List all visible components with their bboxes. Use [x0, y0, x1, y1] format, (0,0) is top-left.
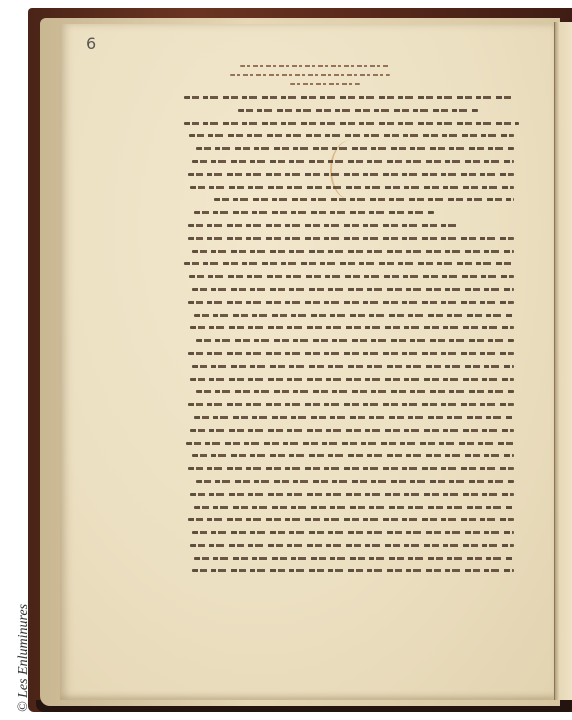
text-line: [190, 326, 514, 329]
text-line: [192, 531, 514, 534]
copyright-watermark: © Les Enluminures: [2, 600, 22, 720]
text-line: [192, 250, 514, 253]
text-line: [196, 339, 514, 342]
text-line: [194, 211, 434, 214]
text-line: [194, 506, 514, 509]
header-annotation: [230, 58, 390, 92]
folio-number: 6: [86, 34, 96, 53]
text-line: [188, 518, 514, 521]
text-line: [214, 198, 514, 201]
text-line: [190, 493, 514, 496]
header-line: [230, 74, 390, 76]
text-line: [194, 416, 514, 419]
text-line: [189, 275, 514, 278]
text-line: [192, 454, 514, 457]
text-line: [188, 224, 458, 227]
text-line: [188, 352, 514, 355]
text-line: [194, 314, 514, 317]
text-line: [184, 122, 519, 125]
header-line: [290, 83, 360, 85]
text-line: [238, 109, 478, 112]
text-line: [186, 442, 514, 445]
text-line: [190, 429, 514, 432]
text-line: [194, 557, 514, 560]
text-line: [189, 134, 514, 137]
text-line: [196, 147, 514, 150]
text-line: [184, 262, 514, 265]
text-line: [188, 237, 514, 240]
text-line: [196, 480, 514, 483]
text-line: [192, 288, 514, 291]
adjacent-page-edge: [554, 22, 572, 700]
text-line: [192, 569, 514, 572]
text-line: [188, 301, 514, 304]
text-line: [190, 186, 514, 189]
text-line: [190, 544, 514, 547]
text-line: [188, 403, 514, 406]
text-line: [184, 96, 514, 99]
text-line: [190, 378, 514, 381]
text-line: [188, 173, 514, 176]
header-line: [240, 65, 390, 67]
text-line: [188, 467, 514, 470]
text-line: [192, 160, 514, 163]
text-line: [192, 365, 514, 368]
hebrew-text-block: [184, 96, 514, 582]
text-line: [196, 390, 514, 393]
